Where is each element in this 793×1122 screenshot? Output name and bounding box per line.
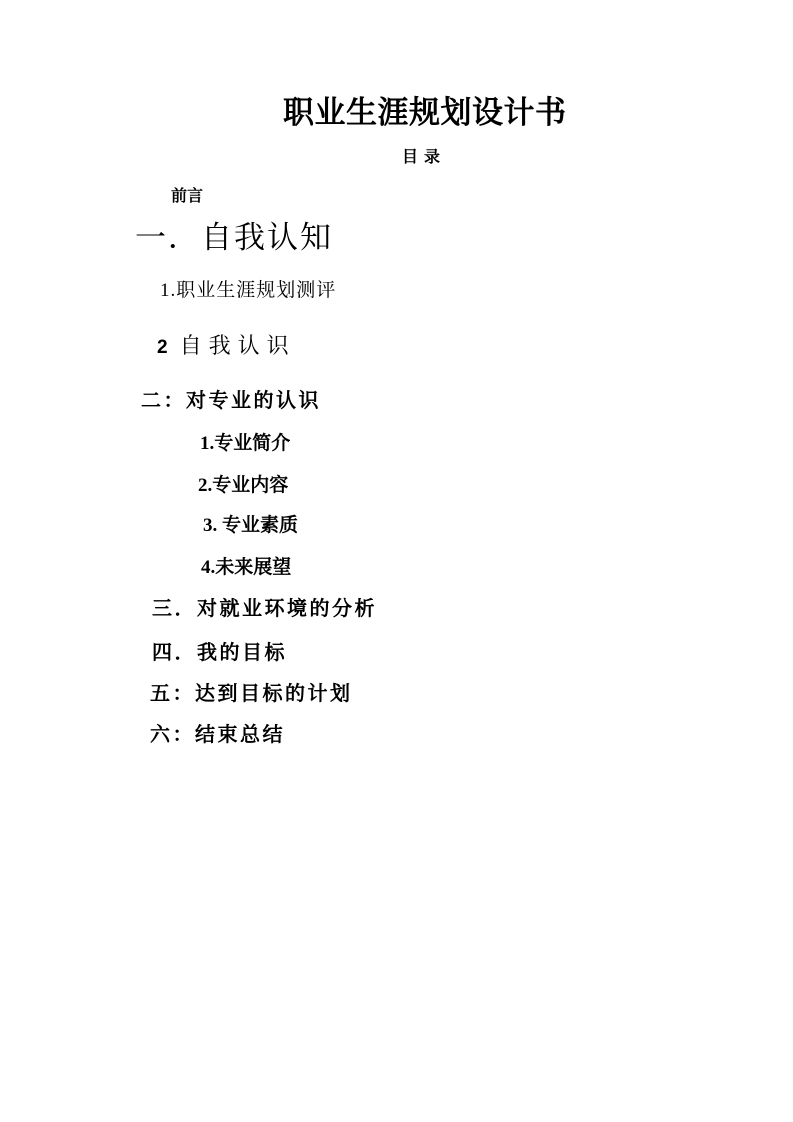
toc-item-2-3: 3. 专业素质 xyxy=(203,516,298,535)
toc-section-3: 三．对就业环境的分析 xyxy=(152,599,377,619)
toc-item-2-1: 1.专业简介 xyxy=(200,434,290,453)
toc-item-1-2: 2自我认识 xyxy=(157,335,296,357)
document-title: 职业生涯规划设计书 xyxy=(283,97,567,128)
toc-section-6: 六：结束总结 xyxy=(150,725,285,745)
toc-preface: 前言 xyxy=(171,189,203,205)
toc-item-1-2-number: 2 xyxy=(157,337,168,358)
toc-item-1-2-text: 自我认识 xyxy=(180,333,296,358)
document-page: 职业生涯规划设计书 目 录 前言 一．自我认知 1.职业生涯规划测评 2自我认识… xyxy=(0,0,793,1122)
toc-item-2-4: 4.未来展望 xyxy=(201,558,291,577)
toc-section-2: 二：对专业的认识 xyxy=(141,391,321,411)
toc-section-1: 一．自我认知 xyxy=(135,222,333,253)
toc-section-4: 四．我的目标 xyxy=(152,643,287,663)
toc-item-1-1: 1.职业生涯规划测评 xyxy=(160,281,336,300)
toc-heading: 目 录 xyxy=(402,150,440,166)
toc-item-2-2: 2.专业内容 xyxy=(198,476,288,495)
toc-section-5: 五：达到目标的计划 xyxy=(150,684,353,704)
